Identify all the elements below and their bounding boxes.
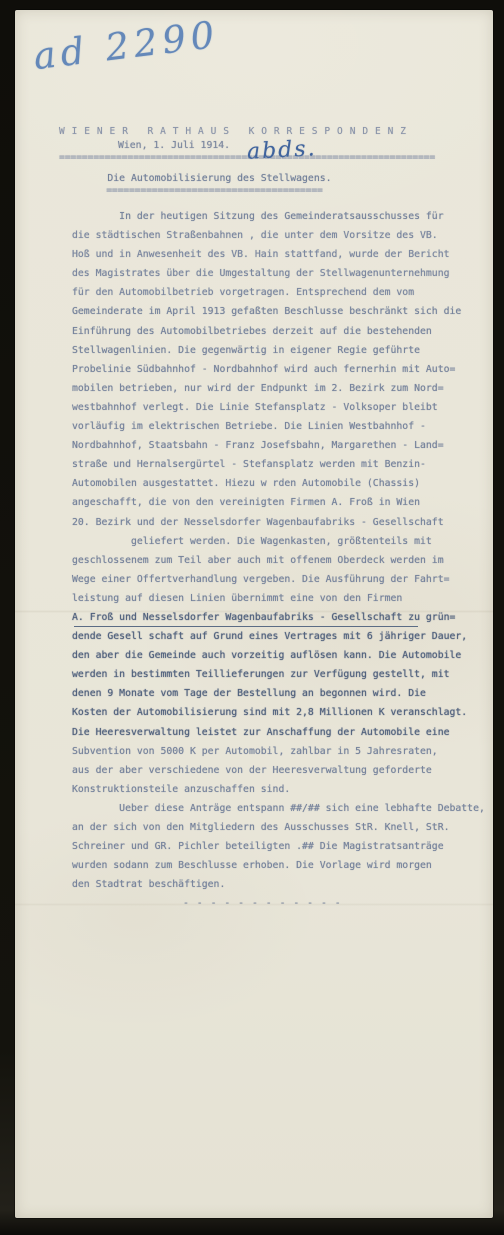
article-title: Die Automobilisierung des Stellwagens. <box>72 173 332 184</box>
text-line: des Magistrates über die Umgestaltung de… <box>72 264 492 283</box>
text-line: Einführung des Automobilbetriebes derzei… <box>72 322 492 341</box>
text-line: dende Gesell schaft auf Grund eines Vert… <box>72 627 492 646</box>
text-line: geliefert werden. Die Wagenkasten, größt… <box>72 532 492 551</box>
text-line: Konstruktionsteile anzuschaffen sind. <box>72 780 492 799</box>
text-line: aus der aber verschiedene von der Heeres… <box>72 761 492 780</box>
text-line: Stellwagenlinien. Die gegenwärtig in eig… <box>72 341 492 360</box>
text-line: In der heutigen Sitzung des Gemeinderats… <box>72 207 492 226</box>
end-rule: - - - - - - - - - - - - <box>183 898 342 909</box>
text-line: für den Automobilbetrieb vorgetragen. En… <box>72 283 492 302</box>
text-line: mobilen betrieben, nur wird der Endpunkt… <box>72 379 492 398</box>
text-line: werden in bestimmten Teillieferungen zur… <box>72 665 492 684</box>
paragraph-1: In der heutigen Sitzung des Gemeinderats… <box>72 207 492 799</box>
text-line: Ueber diese Anträge entspann ##/## sich … <box>72 799 492 818</box>
text-line: Kosten der Automobilisierung sind mit 2,… <box>72 703 492 722</box>
text-line: Hoß und in Anwesenheit des VB. Hain stat… <box>72 245 492 264</box>
text-line: Nordbahnhof, Staatsbahn - Franz Josefsba… <box>72 436 492 455</box>
text-line: Probelinie Südbahnhof - Nordbahnhof wird… <box>72 360 492 379</box>
text-line: Subvention von 5000 K per Automobil, zah… <box>72 742 492 761</box>
article-title-rule: ====================================== <box>72 185 332 196</box>
text-line: geschlossenem zum Teil aber auch mit off… <box>72 551 492 570</box>
text-line: an der sich von den Mitgliedern des Auss… <box>72 818 492 837</box>
text-line: westbahnhof verlegt. Die Linie Stefanspl… <box>72 398 492 417</box>
scanned-document: ad 2290 W I E N E R R A T H A U S K O R … <box>0 0 504 1235</box>
article-body: In der heutigen Sitzung des Gemeinderats… <box>72 207 492 894</box>
text-line: denen 9 Monate vom Tage der Bestellung a… <box>72 684 492 703</box>
text-line: 20. Bezirk und der Nesselsdorfer Wagenba… <box>72 513 492 532</box>
text-line: Schreiner und GR. Pichler beteiligten .#… <box>72 837 492 856</box>
text-line: angeschafft, die von den vereinigten Fir… <box>72 493 492 512</box>
text-line: wurden sodann zum Beschlusse erhoben. Di… <box>72 856 492 875</box>
text-line: vorläufig im elektrischen Betriebe. Die … <box>72 417 492 436</box>
masthead-title: W I E N E R R A T H A U S K O R R E S P … <box>59 126 459 137</box>
article-title-block: Die Automobilisierung des Stellwagens. =… <box>72 173 332 196</box>
handwritten-filing-number: ad 2290 <box>31 13 222 78</box>
text-line: den aber die Gemeinde auch vorzeitig auf… <box>72 646 492 665</box>
paper-sheet: ad 2290 W I E N E R R A T H A U S K O R … <box>15 10 493 1218</box>
text-line: leistung auf diesen Linien übernimmt ein… <box>72 589 492 608</box>
text-line: Gemeinderate im April 1913 gefaßten Besc… <box>72 302 492 321</box>
text-line: Wege einer Offertverhandlung vergeben. D… <box>72 570 492 589</box>
text-line: den Stadtrat beschäftigen. <box>72 875 492 894</box>
handwritten-abds-note: abds. <box>246 136 317 165</box>
paragraph-2: Ueber diese Anträge entspann ##/## sich … <box>72 799 492 894</box>
text-line: die städtischen Straßenbahnen , die unte… <box>72 226 492 245</box>
text-line: Automobilen ausgestattet. Hiezu w rden A… <box>72 474 492 493</box>
text-line: Die Heeresverwaltung leistet zur Anschaf… <box>72 723 492 742</box>
text-line: straße und Hernalsergürtel - Stefansplat… <box>72 455 492 474</box>
text-line: A. Froß und Nesselsdorfer Wagenbaufabrik… <box>72 608 492 627</box>
